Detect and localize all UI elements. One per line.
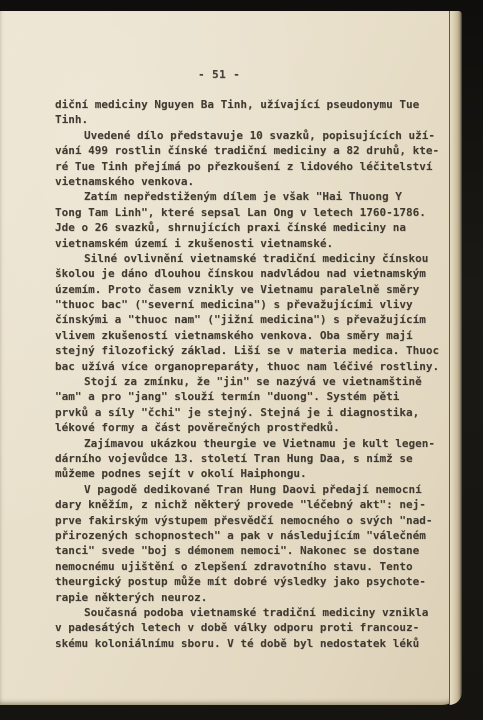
text-line: stejný filozofický základ. Liší se v mat… bbox=[55, 343, 447, 358]
text-line: Tinh. bbox=[55, 112, 447, 127]
text-line: Stojí za zmínku, že "jin" se nazývá ve v… bbox=[55, 374, 447, 389]
text-line: theurgický postup může mít dobré výsledk… bbox=[55, 574, 447, 589]
text-line: "am" a pro "jang" slouží termín "duong".… bbox=[55, 389, 447, 404]
text-line: dary kněžím, z nichž některý provede "lé… bbox=[55, 497, 447, 512]
text-line: prve fakirským výstupem přesvědčí nemocn… bbox=[55, 513, 447, 528]
text-line: čínskými a "thuoc nam" ("jižní medicina"… bbox=[55, 312, 447, 327]
text-line: lékové formy a část pověrečných prostřed… bbox=[55, 420, 447, 435]
text-line: vání 499 rostlin čínské tradiční medicin… bbox=[55, 143, 447, 158]
text-line: Tong Tam Linh", které sepsal Lan Ong v l… bbox=[55, 205, 447, 220]
text-line: V pagodě dedikované Tran Hung Daovi před… bbox=[55, 482, 447, 497]
text-line: přirozených schopnostech" a pak v násled… bbox=[55, 528, 447, 543]
text-line: bac užívá více organopreparáty, thuoc na… bbox=[55, 359, 447, 374]
text-line: prvků a síly "čchi" je stejný. Stejná je… bbox=[55, 405, 447, 420]
text-line: školou je dáno dlouhou čínskou nadvládou… bbox=[55, 266, 447, 281]
text-line: vlivem zkušeností vietnamského venkova. … bbox=[55, 328, 447, 343]
text-line: Jde o 26 svazků, shrnujících praxi čínsk… bbox=[55, 220, 447, 235]
text-line: dárního vojevůdce 13. století Tran Hung … bbox=[55, 451, 447, 466]
text-line: vietnamského venkova. bbox=[55, 174, 447, 189]
text-line: tanci" svede "boj s démonem nemoci". Nak… bbox=[55, 543, 447, 558]
text-line: skému koloniálnímu sboru. V té době byl … bbox=[55, 636, 447, 651]
text-line: v padesátých letech v době války odporu … bbox=[55, 620, 447, 635]
text-line: Zajímavou ukázkou theurgie ve Vietnamu j… bbox=[55, 436, 447, 451]
page-edge-strip bbox=[449, 11, 462, 705]
page-text: diční mediciny Nguyen Ba Tinh, užívající… bbox=[55, 97, 447, 651]
text-line: nemocnému ujištění o zlepšení zdravotníh… bbox=[55, 559, 447, 574]
text-line: vietnamském území i zkušenosti vietnamsk… bbox=[55, 236, 447, 251]
text-line: diční mediciny Nguyen Ba Tinh, užívající… bbox=[55, 97, 447, 112]
text-line: Současná podoba vietnamské tradiční medi… bbox=[55, 605, 447, 620]
text-line: rapie některých neuroz. bbox=[55, 590, 447, 605]
text-line: Zatím nepředstiženým dílem je však "Hai … bbox=[55, 189, 447, 204]
page-number: - 51 - bbox=[198, 67, 240, 82]
text-line: můžeme podnes sejít v okolí Haiphongu. bbox=[55, 466, 447, 481]
text-line: Uvedené dílo představuje 10 svazků, popi… bbox=[55, 128, 447, 143]
text-line: "thuoc bac" ("severní medicina") s převa… bbox=[55, 297, 447, 312]
text-line: ré Tue Tinh přejímá po přezkoušení z lid… bbox=[55, 159, 447, 174]
text-line: územím. Proto časem vznikly ve Vietnamu … bbox=[55, 282, 447, 297]
scan-background: - 51 - diční mediciny Nguyen Ba Tinh, už… bbox=[0, 0, 483, 720]
page: - 51 - diční mediciny Nguyen Ba Tinh, už… bbox=[0, 11, 462, 705]
text-line: Silné ovlivnění vietnamské tradiční medi… bbox=[55, 251, 447, 266]
